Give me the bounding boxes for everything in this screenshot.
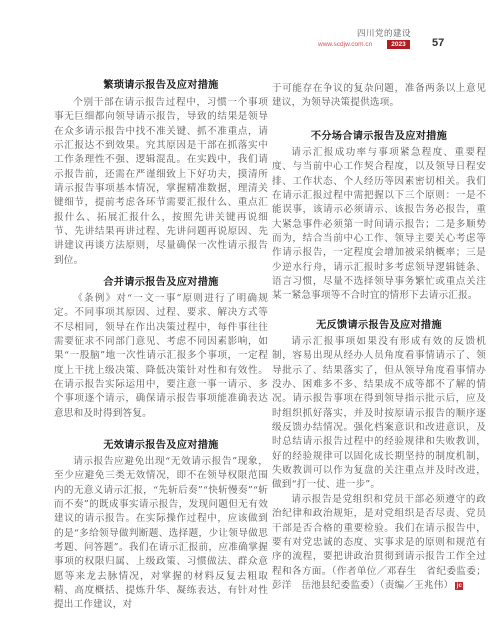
section-paragraph-invalid: 请示报告应避免出现“无效请示报告”现象，至少应避免三类无效情况，即不在领导权限范… bbox=[54, 455, 268, 613]
section-paragraph-occasion: 请示汇报成功率与事项紧急程度、重要程度、与当前中心工作契合程度，以及领导日程安排… bbox=[272, 146, 486, 304]
section-paragraph-merged: 《条例》对“一文一事”原则进行了明确规定。不同事项其原因、过程、要求、解决方式等… bbox=[54, 292, 268, 421]
continued-paragraph: 于可能存在争议的复杂问题，准备两条以上意见建议，为领导决策提供选项。 bbox=[272, 82, 486, 111]
page-number: 57 bbox=[432, 37, 444, 49]
section-heading-tedious: 繁琐请示报告及应对措施 bbox=[54, 76, 268, 91]
page-header: 四川党的建设 www.scdjw.com.cn 2023 57 bbox=[296, 0, 496, 56]
section-heading-invalid: 无效请示报告及应对措施 bbox=[54, 436, 268, 451]
magazine-title: 四川党的建设 bbox=[357, 27, 411, 39]
section-paragraph-tedious: 个别干部在请示报告过程中，习惯一个事项事无巨细都向领导请示报告，导致的结果是领导… bbox=[54, 96, 268, 268]
section-heading-occasion: 不分场合请示报告及应对措施 bbox=[272, 127, 486, 142]
closing-paragraph: 请示报告是党组织和党员干部必须遵守的政治纪律和政治规矩，是对党组织是否尽责、党员… bbox=[272, 493, 486, 593]
section-heading-merged: 合并请示报告及应对措施 bbox=[54, 273, 268, 288]
section-heading-no-feedback: 无反馈请示报告及应对措施 bbox=[272, 316, 486, 331]
magazine-url: www.scdjw.com.cn bbox=[318, 41, 372, 48]
closing-paragraph-text: 请示报告是党组织和党员干部必须遵守的政治纪律和政治规矩，是对党组织是否尽责、党员… bbox=[272, 494, 486, 591]
year-badge: 2023 bbox=[387, 40, 410, 49]
article-end-mark-icon: jc bbox=[455, 582, 463, 590]
section-paragraph-no-feedback: 请示汇报事项如果没有形成有效的反馈机制，容易出现从经办人员角度看事情请示了、领导… bbox=[272, 335, 486, 493]
